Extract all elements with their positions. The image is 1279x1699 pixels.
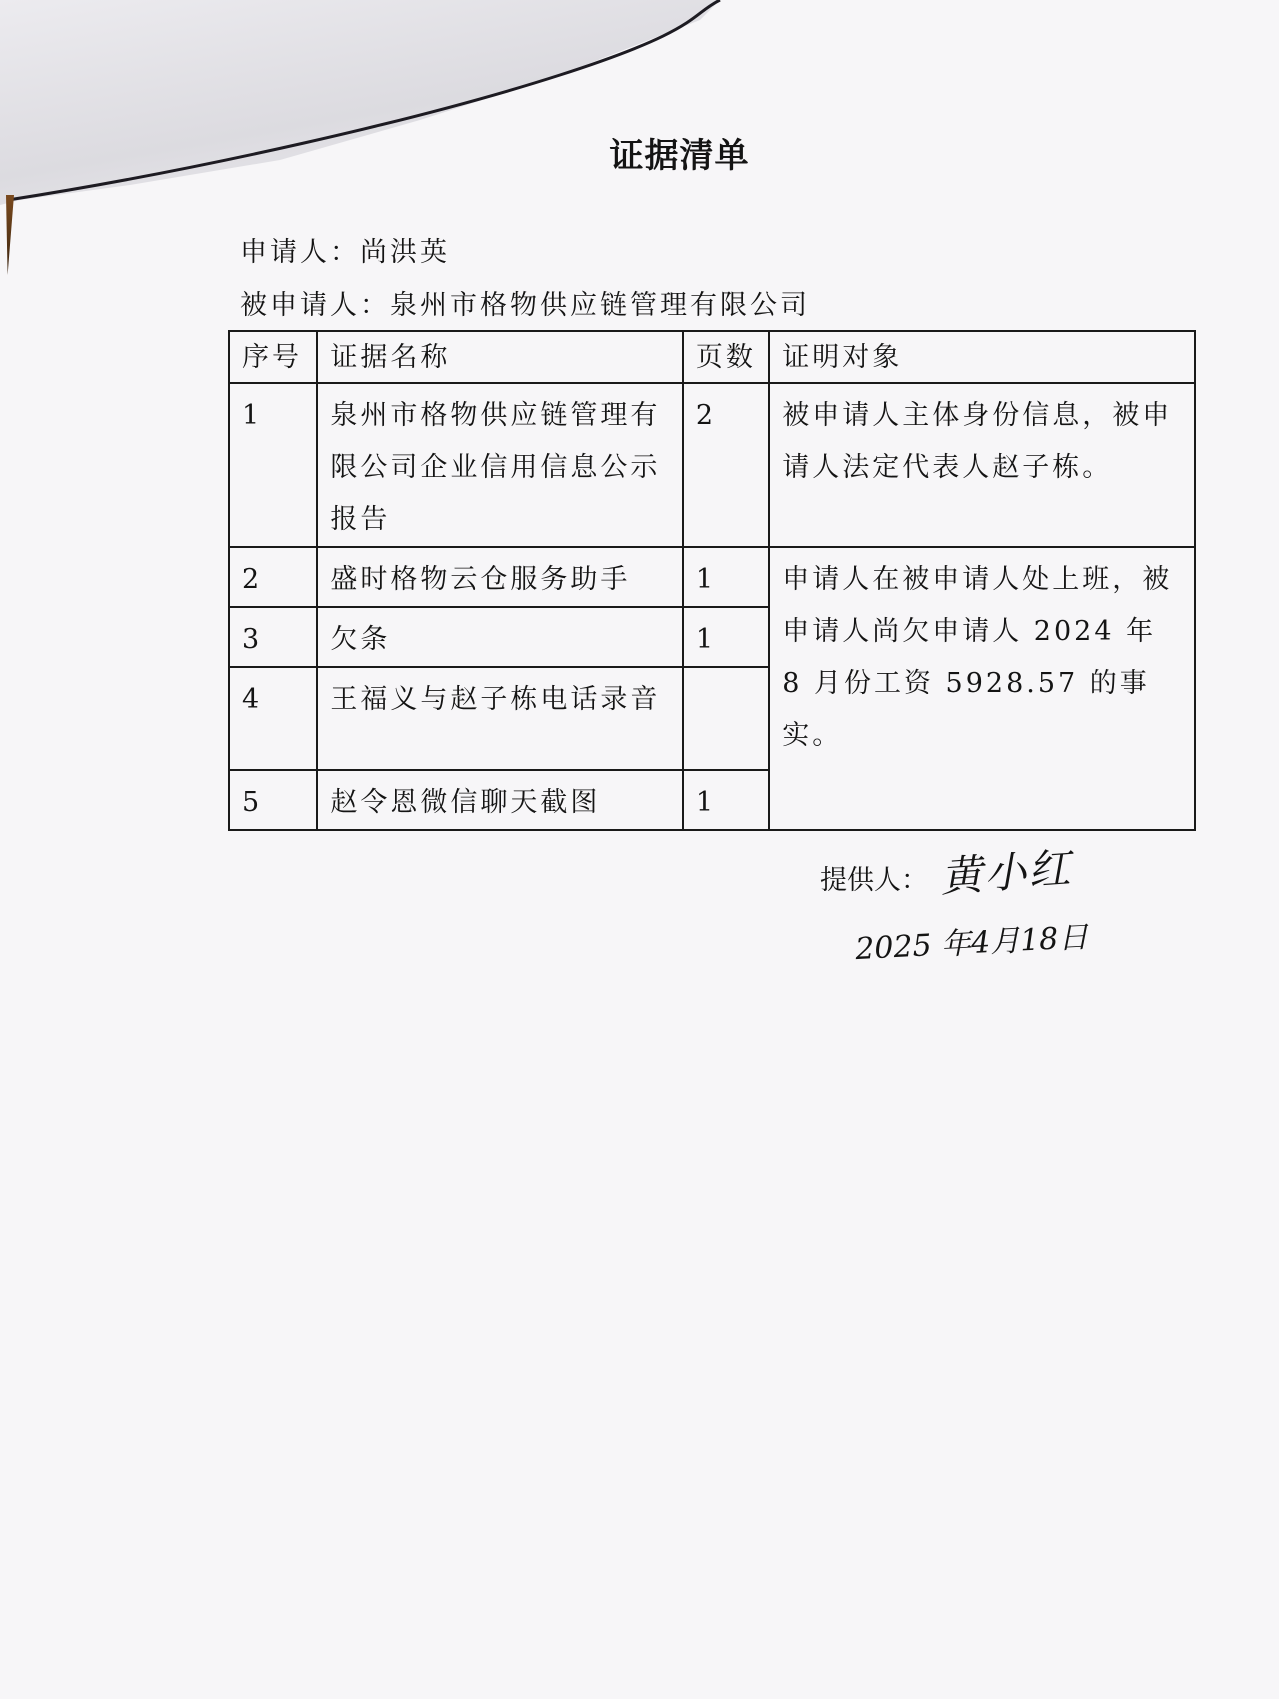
applicant-label: 申请人： [240, 237, 360, 268]
cell-pages: 1 [683, 770, 769, 830]
table-row: 2 盛时格物云仓服务助手 1 申请人在被申请人处上班，被申请人尚欠申请人 202… [229, 547, 1195, 607]
paper-fold-shadow [0, 0, 1279, 220]
respondent-label: 被申请人： [240, 290, 390, 321]
respondent-name: 泉州市格物供应链管理有限公司 [390, 290, 810, 321]
header-purpose: 证明对象 [769, 331, 1195, 383]
applicant-line: 申请人：尚洪英 [240, 230, 450, 269]
cell-name: 泉州市格物供应链管理有限公司企业信用信息公示报告 [317, 383, 683, 547]
cell-name: 赵令恩微信聊天截图 [317, 770, 683, 830]
cell-no: 3 [229, 607, 317, 667]
page-title: 证据清单 [0, 128, 1279, 177]
cell-pages: 1 [683, 547, 769, 607]
respondent-line: 被申请人：泉州市格物供应链管理有限公司 [240, 283, 810, 322]
applicant-name: 尚洪英 [360, 237, 450, 268]
cell-name: 盛时格物云仓服务助手 [317, 547, 683, 607]
paper-edge-shadow [6, 195, 14, 275]
cell-name: 王福义与赵子栋电话录音 [317, 667, 683, 770]
cell-pages [683, 667, 769, 770]
cell-no: 5 [229, 770, 317, 830]
evidence-table: 序号 证据名称 页数 证明对象 1 泉州市格物供应链管理有限公司企业信用信息公示… [228, 330, 1196, 831]
header-name: 证据名称 [317, 331, 683, 383]
cell-no: 1 [229, 383, 317, 547]
cell-purpose: 申请人在被申请人处上班，被申请人尚欠申请人 2024 年 8 月份工资 5928… [769, 547, 1195, 830]
header-pages: 页数 [683, 331, 769, 383]
cell-no: 4 [229, 667, 317, 770]
cell-name: 欠条 [317, 607, 683, 667]
provider-label: 提供人： [820, 858, 928, 897]
table-row: 1 泉州市格物供应链管理有限公司企业信用信息公示报告 2 被申请人主体身份信息，… [229, 383, 1195, 547]
cell-purpose: 被申请人主体身份信息，被申请人法定代表人赵子栋。 [769, 383, 1195, 547]
table-header-row: 序号 证据名称 页数 证明对象 [229, 331, 1195, 383]
header-no: 序号 [229, 331, 317, 383]
handwritten-date: 2025 年4月18日 [854, 912, 1089, 968]
provider-signature: 黄小红 [938, 835, 1074, 904]
cell-pages: 2 [683, 383, 769, 547]
cell-no: 2 [229, 547, 317, 607]
cell-pages: 1 [683, 607, 769, 667]
